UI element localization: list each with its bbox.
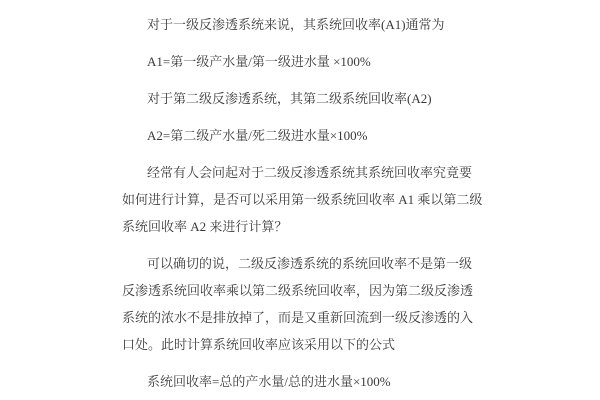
paragraph: 经常有人会问起对于二级反渗透系统其系统回收率究竟要 如何进行计算，是否可以采用第… <box>122 159 475 240</box>
text-line: 系统的浓水不是排放掉了，而是又重新回流到一级反渗透的入 <box>122 304 475 331</box>
formula-paragraph: A2=第二级产水量/死二级进水量×100% <box>122 122 475 149</box>
text-line: 口处。此时计算系统回收率应该采用以下的公式 <box>122 331 475 358</box>
text-line: 对于第二级反渗透系统，其第二级系统回收率(A2) <box>122 85 475 112</box>
text-line: 反渗透系统回收率乘以第二级系统回收率，因为第二级反渗透 <box>122 277 475 304</box>
formula-line: A1=第一级产水量/第一级进水量 ×100% <box>122 48 475 75</box>
text-line: 系统回收率 A2 来进行计算？ <box>122 213 475 240</box>
text-line: 经常有人会问起对于二级反渗透系统其系统回收率究竟要 <box>122 159 475 186</box>
text-line: 如何进行计算，是否可以采用第一级系统回收率 A1 乘以第二级 <box>122 186 475 213</box>
formula-paragraph: A1=第一级产水量/第一级进水量 ×100% <box>122 48 475 75</box>
formula-line: A2=第二级产水量/死二级进水量×100% <box>122 122 475 149</box>
document-page: 对于一级反渗透系统来说，其系统回收率(A1)通常为 A1=第一级产水量/第一级进… <box>0 0 600 400</box>
paragraph: 对于第二级反渗透系统，其第二级系统回收率(A2) <box>122 85 475 112</box>
text-line: 可以确切的说，二级反渗透系统的系统回收率不是第一级 <box>122 250 475 277</box>
formula-paragraph: 系统回收率=总的产水量/总的进水量×100% <box>122 368 475 395</box>
formula-line: 系统回收率=总的产水量/总的进水量×100% <box>122 368 475 395</box>
paragraph: 可以确切的说，二级反渗透系统的系统回收率不是第一级 反渗透系统回收率乘以第二级系… <box>122 250 475 358</box>
paragraph: 对于一级反渗透系统来说，其系统回收率(A1)通常为 <box>122 11 475 38</box>
text-line: 对于一级反渗透系统来说，其系统回收率(A1)通常为 <box>122 11 475 38</box>
